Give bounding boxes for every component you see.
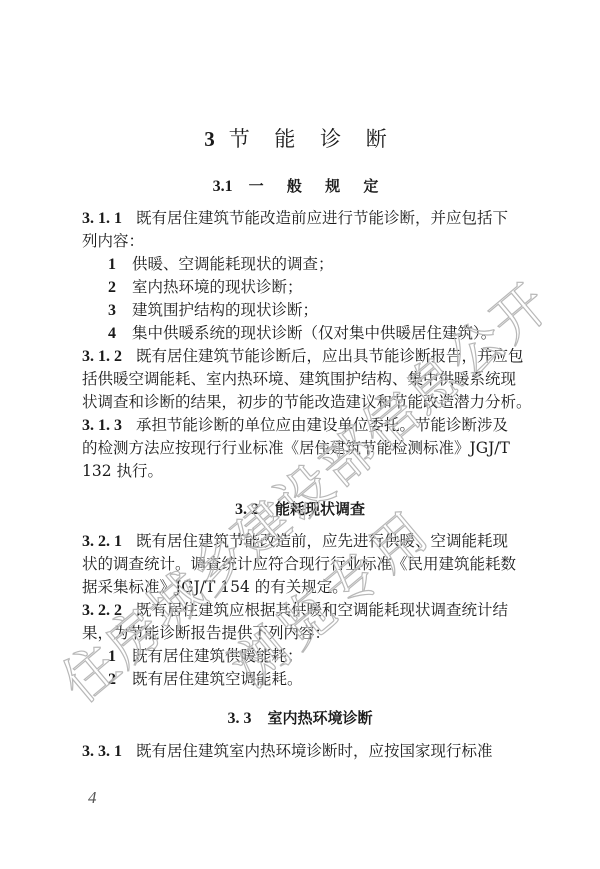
list-item: 1供暖、空调能耗现状的调查； xyxy=(108,253,550,276)
item-text: 供暖、空调能耗现状的调查； xyxy=(132,255,334,273)
clause-text: 状调查和诊断的结果，初步的节能改造建议和节能改造潜力分析。 xyxy=(82,393,532,411)
section-number: 3. 3 xyxy=(227,710,251,727)
clause-number: 3. 1. 3 xyxy=(82,417,122,434)
clause-line: 132 执行。 xyxy=(82,460,524,482)
chapter-title: 3节 能 诊 断 xyxy=(0,123,600,153)
clause-3-2-2: 3. 2. 2既有居住建筑应根据其供暖和空调能耗现状调查统计结 xyxy=(82,599,524,622)
clause-3-1-2: 3. 1. 2既有居住建筑节能诊断后，应出具节能诊断报告，并应包 xyxy=(82,345,524,368)
clause-line: 列内容： xyxy=(82,230,524,252)
section-number: 3. 2 xyxy=(235,501,259,518)
clause-text: 既有居住建筑应根据其供暖和空调能耗现状调查统计结 xyxy=(136,601,508,619)
chapter-title-text: 节 能 诊 断 xyxy=(229,127,396,151)
clause-text: 既有居住建筑节能改造前，应先进行供暖、空调能耗现 xyxy=(136,532,508,550)
clause-text: 果，为节能诊断报告提供下列内容： xyxy=(82,624,330,642)
clause-3-1-1: 3. 1. 1既有居住建筑节能改造前应进行节能诊断，并应包括下 xyxy=(82,207,524,230)
item-text: 室内热环境的现状诊断； xyxy=(132,278,303,296)
clause-number: 3. 1. 1 xyxy=(82,210,122,227)
clause-text: 据采集标准》JGJ/T 154 的有关规定。 xyxy=(82,578,348,596)
clause-3-1-3: 3. 1. 3承担节能诊断的单位应由建设单位委托。节能诊断涉及 xyxy=(82,414,524,437)
list-item: 2既有居住建筑空调能耗。 xyxy=(108,668,550,691)
item-text: 集中供暖系统的现状诊断（仅对集中供暖居住建筑）。 xyxy=(132,324,496,342)
clause-line: 状调查和诊断的结果，初步的节能改造建议和节能改造潜力分析。 xyxy=(82,391,524,413)
clause-text: 承担节能诊断的单位应由建设单位委托。节能诊断涉及 xyxy=(136,416,508,434)
chapter-number: 3 xyxy=(204,127,215,151)
page-number: 4 xyxy=(88,788,97,808)
clause-text: 括供暖空调能耗、室内热环境、建筑围护结构、集中供暖系统现 xyxy=(82,370,516,388)
list-item: 4集中供暖系统的现状诊断（仅对集中供暖居住建筑）。 xyxy=(108,322,550,345)
clause-text: 列内容： xyxy=(82,232,144,250)
list-item: 3建筑围护结构的现状诊断； xyxy=(108,299,550,322)
item-number: 1 xyxy=(108,256,116,273)
clause-line: 状的调查统计。调查统计应符合现行行业标准《民用建筑能耗数 xyxy=(82,553,524,575)
section-title-text: 能耗现状调查 xyxy=(275,500,365,518)
clause-line: 的检测方法应按现行行业标准《居住建筑节能检测标准》JGJ/T xyxy=(82,437,524,459)
clause-number: 3. 2. 2 xyxy=(82,602,122,619)
section-title-3-3: 3. 3室内热环境诊断 xyxy=(0,707,600,728)
clause-number: 3. 3. 1 xyxy=(82,743,122,760)
clause-text: 132 执行。 xyxy=(82,462,163,480)
item-number: 3 xyxy=(108,302,116,319)
clause-3-2-1: 3. 2. 1既有居住建筑节能改造前，应先进行供暖、空调能耗现 xyxy=(82,530,524,553)
clause-text: 既有居住建筑节能改造前应进行节能诊断，并应包括下 xyxy=(136,209,508,227)
section-title-3-1: 3.1一 般 规 定 xyxy=(0,175,600,196)
clause-number: 3. 1. 2 xyxy=(82,348,122,365)
list-item: 2室内热环境的现状诊断； xyxy=(108,276,550,299)
clause-line: 括供暖空调能耗、室内热环境、建筑围护结构、集中供暖系统现 xyxy=(82,368,524,390)
clause-line: 据采集标准》JGJ/T 154 的有关规定。 xyxy=(82,576,524,598)
clause-text: 的检测方法应按现行行业标准《居住建筑节能检测标准》JGJ/T xyxy=(82,439,510,457)
clause-text: 既有居住建筑室内热环境诊断时，应按国家现行标准 xyxy=(136,742,493,760)
clause-3-3-1: 3. 3. 1既有居住建筑室内热环境诊断时，应按国家现行标准 xyxy=(82,740,524,763)
item-text: 既有居住建筑供暖能耗； xyxy=(132,647,303,665)
list-item: 1既有居住建筑供暖能耗； xyxy=(108,645,550,668)
item-number: 2 xyxy=(108,671,116,688)
clause-text: 既有居住建筑节能诊断后，应出具节能诊断报告，并应包 xyxy=(136,347,524,365)
item-text: 建筑围护结构的现状诊断； xyxy=(132,301,318,319)
document-page: 3节 能 诊 断 3.1一 般 规 定 3. 1. 1既有居住建筑节能改造前应进… xyxy=(0,0,600,869)
clause-text: 状的调查统计。调查统计应符合现行行业标准《民用建筑能耗数 xyxy=(82,555,516,573)
item-number: 1 xyxy=(108,648,116,665)
clause-line: 果，为节能诊断报告提供下列内容： xyxy=(82,622,524,644)
section-title-text: 一 般 规 定 xyxy=(249,177,388,195)
item-text: 既有居住建筑空调能耗。 xyxy=(132,670,303,688)
section-title-3-2: 3. 2能耗现状调查 xyxy=(0,498,600,519)
item-number: 2 xyxy=(108,279,116,296)
clause-number: 3. 2. 1 xyxy=(82,533,122,550)
section-number: 3.1 xyxy=(213,178,233,195)
section-title-text: 室内热环境诊断 xyxy=(267,709,372,727)
item-number: 4 xyxy=(108,325,116,342)
